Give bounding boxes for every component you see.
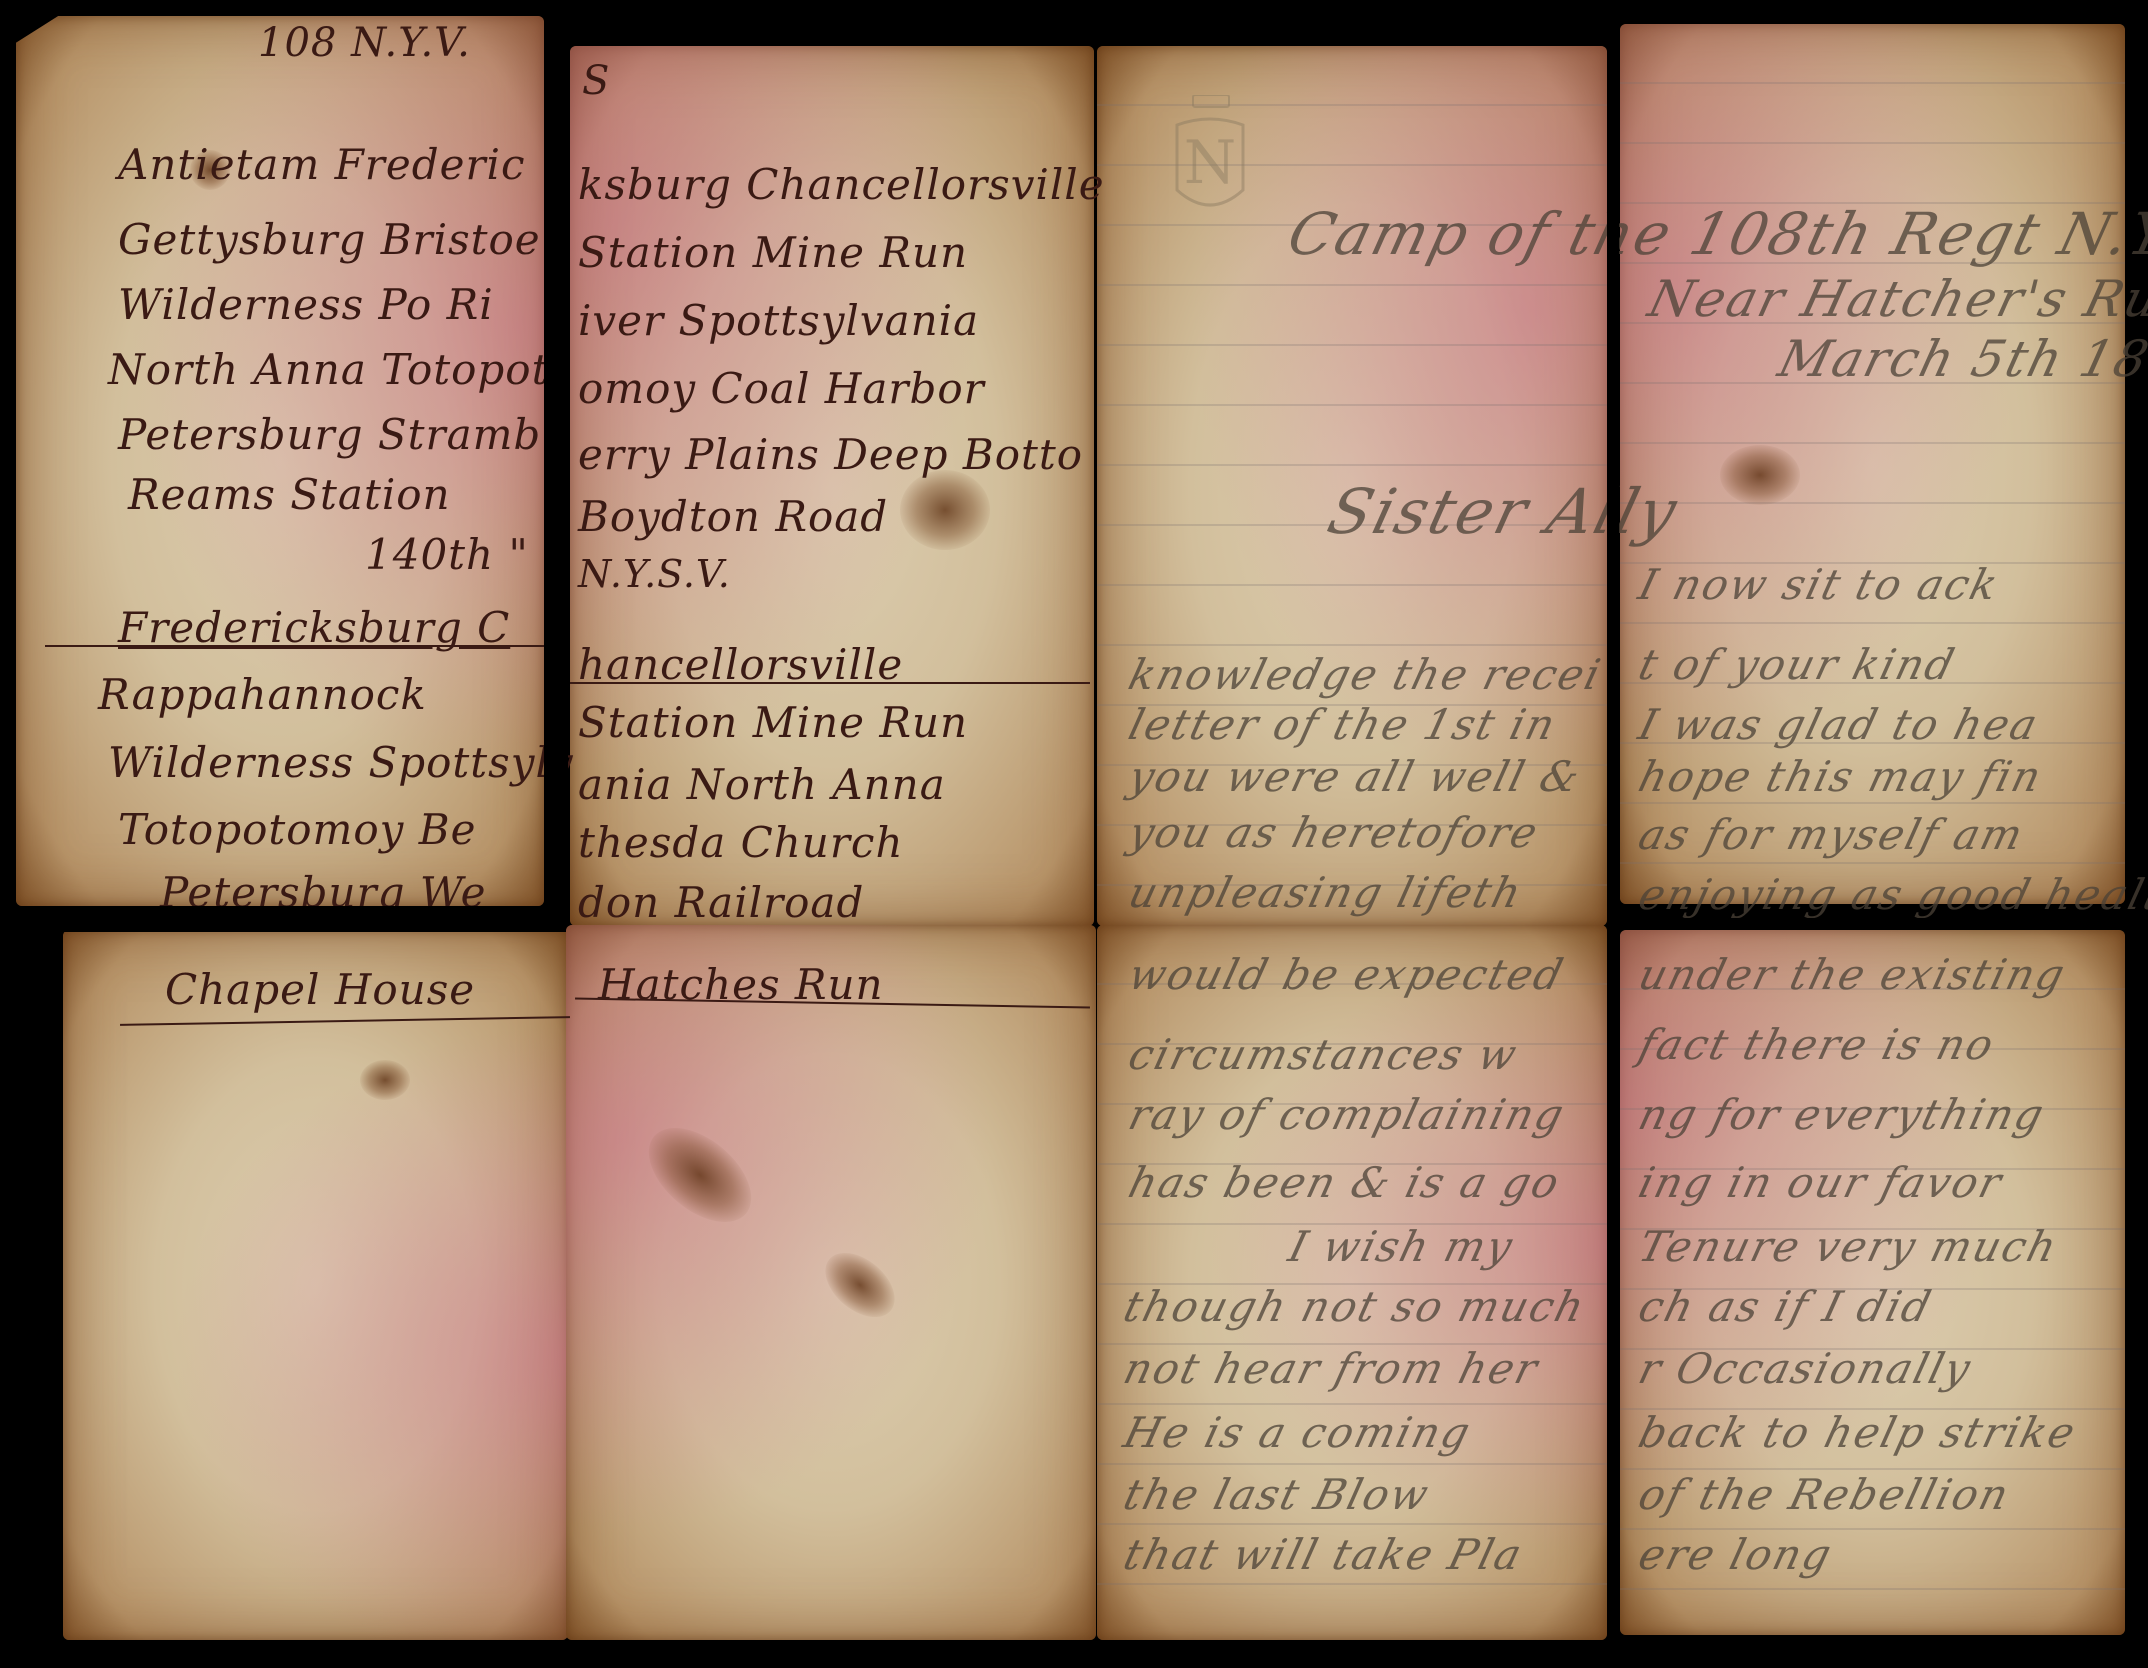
- battle-list-left-bottom-0: Fredericksburg C: [118, 603, 510, 652]
- letter-body-left-0: knowledge the recei: [1124, 650, 1607, 699]
- letter-body-left-10: though not so much: [1119, 1282, 1591, 1331]
- battle-list-right-bottom-2: ania North Anna: [578, 760, 946, 809]
- battle-list-left-bottom-1: Rappahannock: [98, 670, 427, 719]
- letter-body-left-11: not hear from her: [1119, 1344, 1544, 1393]
- battle-list-left-top-5: Reams Station: [128, 470, 451, 519]
- battle-list-right-top-1: Station Mine Run: [578, 228, 968, 277]
- letter-body-right-6: under the existing: [1634, 950, 2071, 999]
- battle-list-right-top-3: omoy Coal Harbor: [578, 364, 985, 413]
- letter-body-right-2: I was glad to hea: [1634, 700, 2044, 749]
- letter-body-right-11: ch as if I did: [1634, 1282, 1938, 1331]
- gap-top-right: [1607, 0, 1619, 930]
- letter-body-right-13: back to help strike: [1634, 1408, 2082, 1457]
- letter-body-left-14: that will take Pla: [1119, 1530, 1528, 1579]
- letter-body-left-8: has been & is a go: [1124, 1158, 1566, 1207]
- battle-list-left-top-4: Petersburg Stramb: [118, 410, 541, 459]
- battle-list-right-bottom-0: hancellorsville: [578, 640, 903, 689]
- letter-body-left-2: you were all well &: [1124, 752, 1586, 801]
- battle-list-left-bottom-5: Chapel House: [165, 965, 475, 1014]
- letter-body-right-8: ng for everything: [1634, 1090, 2050, 1139]
- letter-body-right-0: I now sit to ack: [1634, 560, 2005, 609]
- letter-body-right-14: of the Rebellion: [1634, 1470, 2015, 1519]
- letter-body-left-12: He is a coming: [1119, 1408, 1477, 1457]
- letter-date: March 5th 1865: [1773, 330, 2148, 388]
- gap-horizontal-left: [0, 906, 566, 932]
- letter-body-right-5: enjoying as good health: [1634, 870, 2148, 919]
- sheet-bottom-center-left: [566, 925, 1096, 1640]
- gap-top-left: [544, 0, 568, 920]
- letter-body-right-12: r Occasionally: [1634, 1344, 1977, 1393]
- letter-body-right-7: fact there is no: [1634, 1020, 2000, 1069]
- battle-list-left-bottom-3: Totopotomoy Be: [118, 805, 476, 854]
- letter-heading-line1: Camp of the 108th Regt N.Y.V.: [1282, 200, 2148, 268]
- letter-body-right-3: hope this may fin: [1634, 752, 2048, 801]
- embossed-crest-icon: N: [1165, 95, 1255, 225]
- letter-body-left-6: circumstances w: [1124, 1030, 1523, 1079]
- letter-body-left-3: you as heretofore: [1124, 808, 1544, 857]
- battle-list-right-bottom-4: don Railroad: [578, 878, 864, 927]
- letter-body-left-9: I wish my: [1284, 1222, 1519, 1271]
- regiment-subheader: 140th ": [365, 530, 529, 579]
- letter-body-right-1: t of your kind: [1634, 640, 1961, 689]
- letter-heading-line2: Near Hatcher's Run Va: [1643, 270, 2148, 328]
- letter-body-left-13: the last Blow: [1119, 1470, 1435, 1519]
- gap-right-bottom-notch: [1607, 918, 2147, 930]
- battle-list-left-top-3: North Anna Totopot: [108, 345, 549, 394]
- letter-body-left-5: would be expected: [1124, 950, 1570, 999]
- regiment-header: 108 N.Y.V.: [258, 20, 471, 66]
- letter-body-right-15: ere long: [1634, 1530, 1838, 1579]
- sheet-bottom-left: [63, 930, 568, 1640]
- battle-list-right-top-6: N.Y.S.V.: [578, 552, 731, 596]
- letter-salutation: Sister Ally: [1321, 475, 1686, 548]
- battle-list-left-top-0: Antietam Frederic: [118, 140, 526, 189]
- battle-list-left-top-2: Wilderness Po Ri: [118, 280, 494, 329]
- letter-body-left-7: ray of complaining: [1124, 1090, 1570, 1139]
- letter-body-left-4: unpleasing lifeth: [1124, 868, 1528, 917]
- regiment-header-fragment: S: [582, 58, 610, 104]
- letter-body-right-9: ing in our favor: [1634, 1158, 2008, 1207]
- battle-list-right-top-4: erry Plains Deep Botto: [578, 430, 1083, 479]
- battle-list-left-top-1: Gettysburg Bristoe: [118, 215, 541, 264]
- emboss-letter: N: [1184, 128, 1237, 198]
- battle-list-left-bottom-2: Wilderness Spottsylv: [108, 738, 575, 787]
- letter-body-right-10: Tenure very much: [1634, 1222, 2063, 1271]
- battle-list-right-top-0: ksburg Chancellorsville: [578, 160, 1105, 209]
- battle-list-right-top-2: iver Spottsylvania: [578, 296, 979, 345]
- letter-body-left-1: letter of the 1st in: [1124, 700, 1562, 749]
- letter-body-right-4: as for myself am: [1634, 810, 2030, 859]
- battle-list-right-bottom-3: thesda Church: [578, 818, 904, 867]
- battle-list-right-top-5: Boydton Road: [578, 492, 888, 541]
- battle-list-right-bottom-1: Station Mine Run: [578, 698, 968, 747]
